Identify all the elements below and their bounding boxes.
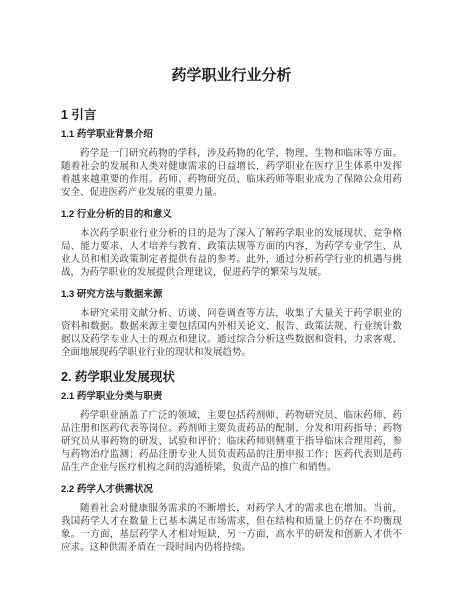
section-1-heading: 1 引言: [61, 107, 402, 123]
subsection-1-2-paragraph: 本次药学职业行业分析的目的是为了深入了解药学职业的发展现状、竞争格局、能力要求、…: [61, 228, 402, 280]
subsection-2-2-paragraph: 随着社会对健康服务需求的不断增长，对药学人才的需求也在增加。当前，我国药学人才在…: [61, 503, 402, 555]
subsection-1-3-paragraph: 本研究采用文献分析、访谈、问卷调查等方法，收集了大量关于药学职业的资料和数据。数…: [61, 308, 402, 360]
subsection-1-3-heading: 1.3 研究方法与数据来源: [61, 289, 402, 301]
section-2-heading: 2. 药学职业发展现状: [61, 369, 402, 385]
subsection-1-1-heading: 1.1 药学职业背景介绍: [61, 129, 402, 141]
subsection-2-1-heading: 2.1 药学职业分类与职责: [61, 391, 402, 403]
document-title: 药学职业行业分析: [61, 66, 402, 85]
subsection-2-2-heading: 2.2 药学人才供需状况: [61, 484, 402, 496]
subsection-2-1-paragraph: 药学职业涵盖了广泛的领域，主要包括药剂师、药物研究员、临床药师、药品注册和医药代…: [61, 410, 402, 475]
document-page: 药学职业行业分析 1 引言 1.1 药学职业背景介绍 药学是一门研究药物的学科，…: [0, 0, 463, 600]
subsection-1-2-heading: 1.2 行业分析的目的和意义: [61, 209, 402, 221]
subsection-1-1-paragraph: 药学是一门研究药物的学科，涉及药物的化学、物理、生物和临床等方面。随着社会的发展…: [61, 148, 402, 200]
